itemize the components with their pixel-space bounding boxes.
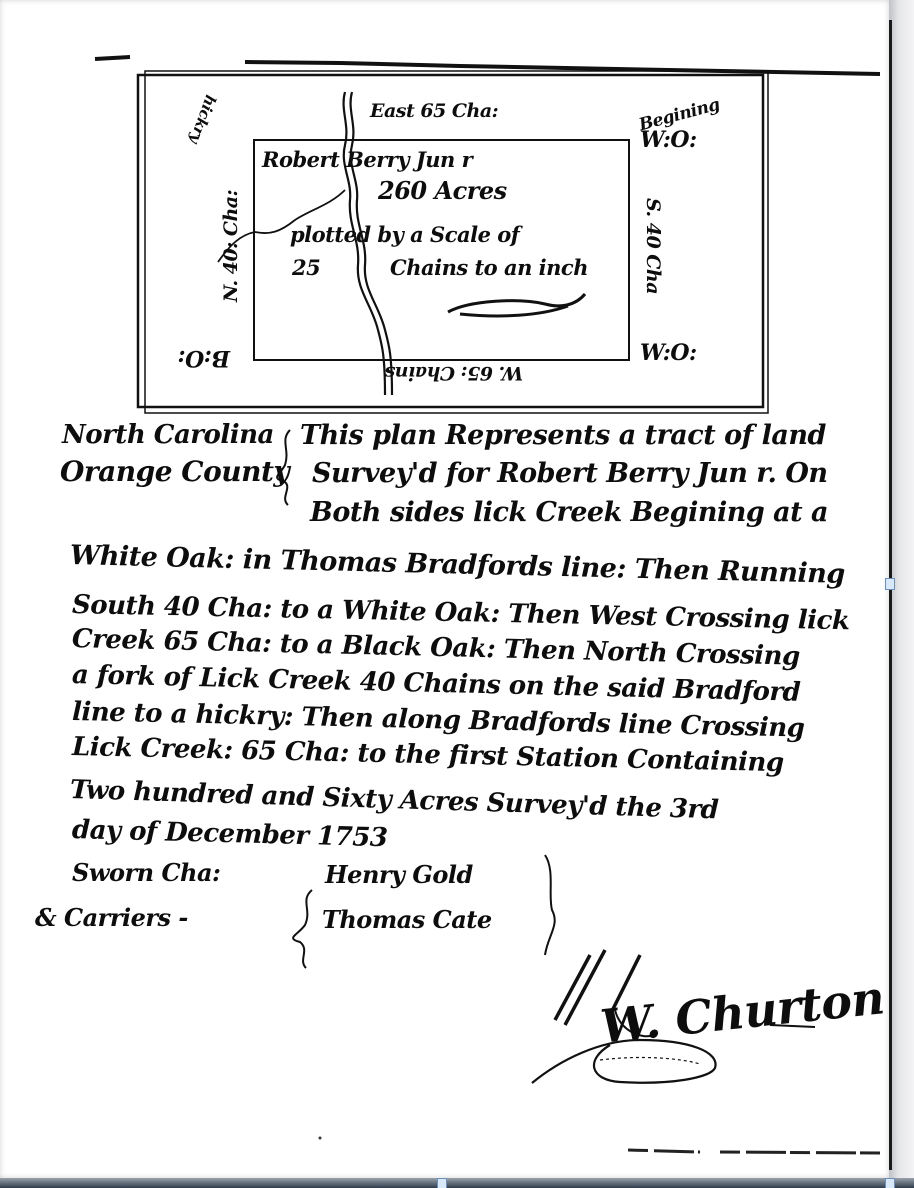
plat-scale-unit: Chains to an inch xyxy=(390,255,588,280)
plat-scale-line-1: plotted by a Scale of xyxy=(290,222,519,247)
body-line-2: Survey'd for Robert Berry Jun r. On xyxy=(312,458,827,489)
sworn-label-1: Sworn Cha: xyxy=(72,858,220,887)
plat-left-bearing: N. 40: Cha: xyxy=(220,190,242,302)
window-bottom-edge xyxy=(0,1178,914,1188)
heading-state: North Carolina xyxy=(62,420,274,450)
plat-bottom-bearing: W. 65: Chains xyxy=(385,362,523,384)
body-line-1: This plan Represents a tract of land xyxy=(300,420,826,451)
plat-right-bearing: S. 40 Cha xyxy=(642,198,664,294)
plat-scale-number: 25 xyxy=(292,255,320,280)
resize-handle-corner[interactable] xyxy=(885,1178,895,1188)
body-line-3: Both sides lick Creek Begining at a xyxy=(310,497,828,528)
chain-carrier-2: Thomas Cate xyxy=(322,905,492,934)
plat-owner: Robert Berry Jun r xyxy=(262,147,472,172)
corner-black-oak: B:O: xyxy=(178,345,230,371)
plat-acres: 260 Acres xyxy=(378,176,507,205)
window-right-edge xyxy=(889,0,914,1188)
chain-carrier-1: Henry Gold xyxy=(325,860,473,889)
edge-bar xyxy=(889,20,892,1170)
corner-white-oak-start: W:O: xyxy=(640,127,697,153)
resize-handle-bottom[interactable] xyxy=(437,1178,447,1188)
heading-county: Orange County xyxy=(60,455,289,488)
sworn-label-2: & Carriers - xyxy=(35,903,188,932)
plat-top-bearing: East 65 Cha: xyxy=(370,100,498,122)
corner-white-oak-end: W:O: xyxy=(640,340,697,366)
